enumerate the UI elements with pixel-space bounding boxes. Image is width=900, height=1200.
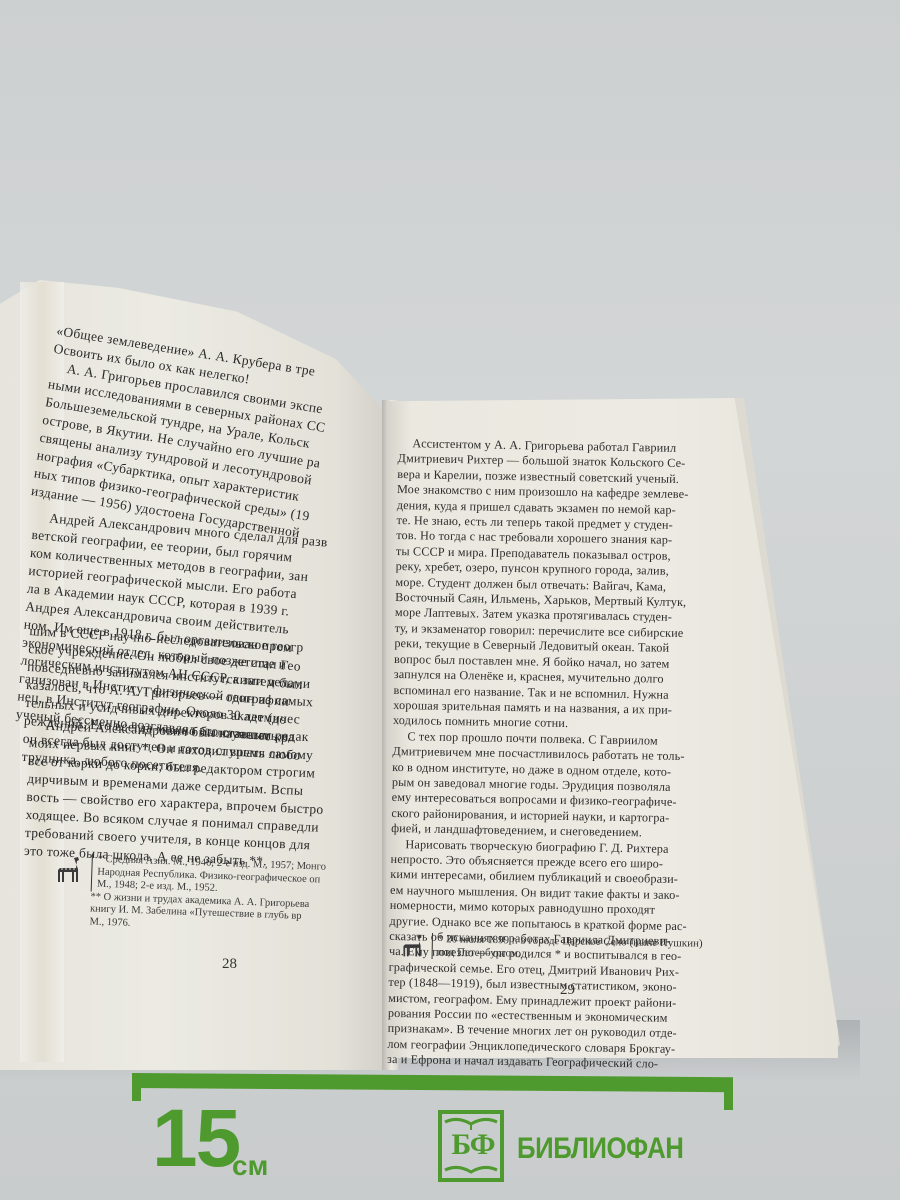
scale-number: 15 (152, 1098, 239, 1180)
logo-letters: БФ (445, 1128, 501, 1162)
deer-emblem-icon (400, 934, 424, 960)
ruler-tick-right (724, 1078, 733, 1110)
brand-name: БИБЛИОФАН (517, 1132, 683, 1166)
scale-unit: см (232, 1152, 268, 1180)
photo-scene: «Общее землеведение» А. А. Крубера в тре… (0, 0, 900, 1200)
left-page-text-bottom: Андрей Александрович был научным редак м… (24, 716, 385, 875)
right-page-number: 29 (560, 982, 575, 999)
right-page-text: Ассистентом у А. А. Григорьева работал Г… (387, 436, 798, 1075)
ruler-tick-left (132, 1073, 141, 1101)
ruler-bar (133, 1073, 733, 1092)
left-page-number: 28 (222, 956, 237, 973)
left-page-footnotes: * Средняя Азия. М., 1946; 2-е изд. М., 1… (47, 852, 384, 939)
